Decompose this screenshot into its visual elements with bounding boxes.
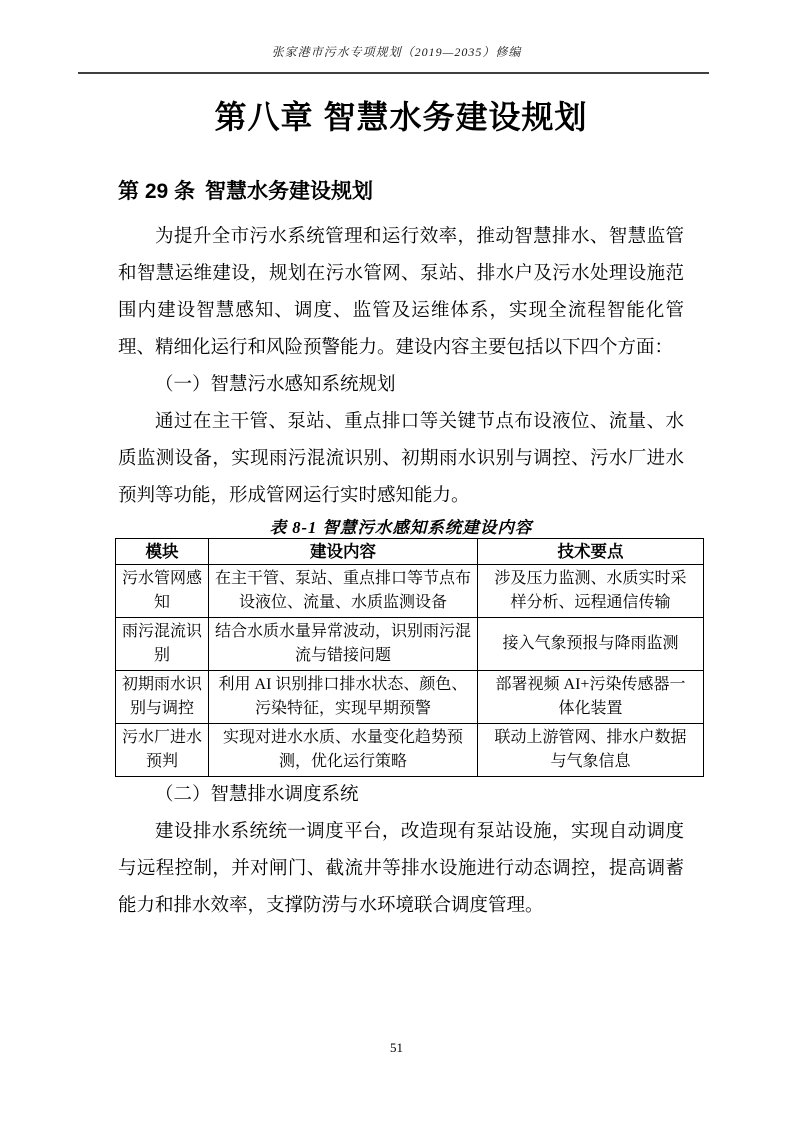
page-content: 第八章 智慧水务建设规划 第 29 条智慧水务建设规划 为提升全市污水系统管理和… [118,95,684,925]
table-row: 初期雨水识别与调控 利用 AI 识别排口排水状态、颜色、污染特征，实现早期预警 … [116,671,704,724]
cell-content: 结合水质水量异常波动，识别雨污混流与错接问题 [209,618,478,671]
document-page: 张家港市污水专项规划（2019—2035）修编 第八章 智慧水务建设规划 第 2… [0,0,793,1122]
cell-content: 利用 AI 识别排口排水状态、颜色、污染特征，实现早期预警 [209,671,478,724]
table-header-module: 模块 [116,539,209,565]
subsection-2-heading: （二）智慧排水调度系统 [118,777,684,814]
table-header-tech: 技术要点 [478,539,704,565]
page-number: 51 [0,1040,793,1056]
cell-module: 污水管网感知 [116,565,209,618]
table-row: 雨污混流识别 结合水质水量异常波动，识别雨污混流与错接问题 接入气象预报与降雨监… [116,618,704,671]
cell-tech: 接入气象预报与降雨监测 [478,618,704,671]
cell-content: 在主干管、泵站、重点排口等节点布设液位、流量、水质监测设备 [209,565,478,618]
table-caption: 表 8-1 智慧污水感知系统建设内容 [118,517,684,538]
intro-paragraph: 为提升全市污水系统管理和运行效率，推动智慧排水、智慧监管和智慧运维建设，规划在污… [118,219,684,367]
header-rule [78,72,709,74]
section-title: 智慧水务建设规划 [205,180,373,203]
cell-module: 雨污混流识别 [116,618,209,671]
section-heading: 第 29 条智慧水务建设规划 [118,177,684,207]
cell-tech: 联动上游管网、排水户数据与气象信息 [478,724,704,777]
subsection-2-body: 建设排水系统统一调度平台，改造现有泵站设施，实现自动调度与远程控制，并对闸门、截… [118,814,684,925]
cell-module: 污水厂进水预判 [116,724,209,777]
cell-module: 初期雨水识别与调控 [116,671,209,724]
table-header-row: 模块 建设内容 技术要点 [116,539,704,565]
sensing-system-table: 模块 建设内容 技术要点 污水管网感知 在主干管、泵站、重点排口等节点布设液位、… [115,538,704,777]
cell-tech: 涉及压力监测、水质实时采样分析、远程通信传输 [478,565,704,618]
running-header: 张家港市污水专项规划（2019—2035）修编 [0,45,793,60]
cell-tech: 部署视频 AI+污染传感器一体化装置 [478,671,704,724]
chapter-title: 第八章 智慧水务建设规划 [118,95,684,139]
table-row: 污水管网感知 在主干管、泵站、重点排口等节点布设液位、流量、水质监测设备 涉及压… [116,565,704,618]
subsection-1-body: 通过在主干管、泵站、重点排口等关键节点布设液位、流量、水质监测设备，实现雨污混流… [118,404,684,515]
table-header-content: 建设内容 [209,539,478,565]
table-row: 污水厂进水预判 实现对进水水质、水量变化趋势预测，优化运行策略 联动上游管网、排… [116,724,704,777]
subsection-1-heading: （一）智慧污水感知系统规划 [118,367,684,404]
cell-content: 实现对进水水质、水量变化趋势预测，优化运行策略 [209,724,478,777]
section-number: 第 29 条 [118,180,195,203]
